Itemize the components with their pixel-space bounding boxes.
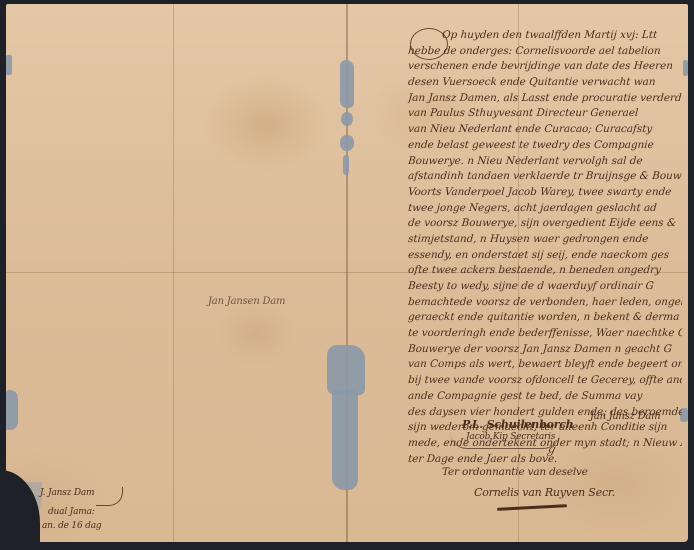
party-signature: Jan Jansz Dam bbox=[590, 411, 660, 422]
docket-endorsement: Jan Jansen Dam bbox=[208, 296, 285, 307]
main-text-block: Op huyden den twaalffden Martij xvj: Ltt… bbox=[408, 28, 682, 467]
text-line: van Comps als wert, bewaert bleyft ende … bbox=[407, 357, 682, 373]
text-line: Voorts Vanderpoel Jacob Warey, twee swar… bbox=[407, 185, 682, 201]
text-line: de voorsz Bouwerye, sijn overgedient Eij… bbox=[407, 216, 682, 232]
text-line: van Paulus Sthuyvesant Directeur Generae… bbox=[407, 106, 682, 122]
text-line: essendy, en onderstaet sij seij, ende na… bbox=[407, 248, 682, 264]
corner-note-line: an. de 16 dag bbox=[42, 521, 101, 531]
paper-loss-hole bbox=[327, 345, 365, 395]
text-line: desen Vuersoeck ende Quitantie verwacht … bbox=[407, 75, 682, 91]
text-line: te voorderingh ende bederffenisse, Waer … bbox=[407, 326, 682, 342]
text-line: Bouwerye. n Nieu Nederlant vervolgh sal … bbox=[407, 154, 682, 170]
fold-line-vertical-left bbox=[173, 4, 174, 542]
notary-paraph-mark: ℊ bbox=[545, 440, 557, 457]
text-line: twee jonge Negers, acht jaerdagen geslac… bbox=[407, 201, 682, 217]
corner-note-line: dual Jama: bbox=[48, 507, 95, 517]
text-line: hebbe de onderges: Cornelisvoorde ael ta… bbox=[407, 44, 682, 60]
text-line: bemachtede voorsz de verbonden, haer led… bbox=[407, 295, 682, 311]
notary-signature: P.L. Schuilenborch bbox=[462, 418, 574, 431]
text-line: Bouwerye der voorsz Jan Jansz Damen n ge… bbox=[407, 342, 682, 358]
secretary-attestation-signature: Cornelis van Ruyven Secr. bbox=[474, 486, 615, 499]
text-line: bij twee vande voorsz ofdoncell te Gecer… bbox=[407, 373, 682, 389]
text-line: ofte twee ackers bestaende, n beneden on… bbox=[407, 263, 682, 279]
paper-loss-hole bbox=[340, 60, 354, 108]
corner-note-line: J. Jansz Dam bbox=[40, 488, 94, 498]
text-line: ande Compagnie gest te bed, de Summa vay bbox=[407, 389, 682, 405]
paper-loss-edge bbox=[6, 390, 18, 430]
signature-flourish bbox=[450, 432, 560, 449]
text-line: Op huyden den twaalffden Martij xvj: Ltt bbox=[407, 28, 682, 44]
attestation-line: Ter ordonnantie van deselve bbox=[442, 466, 588, 478]
text-line: ende belast geweest te twedry des Compag… bbox=[407, 138, 682, 154]
paper-loss-edge bbox=[6, 55, 12, 75]
paper-loss-hole bbox=[341, 112, 353, 126]
text-line: verschenen ende bevrijdinge van date des… bbox=[407, 59, 682, 75]
paper-loss-edge bbox=[683, 60, 688, 76]
text-line: Beesty to wedy, sijne de d waerduyf ordi… bbox=[407, 279, 682, 295]
text-line: Jan Jansz Damen, als Lasst ende procurat… bbox=[407, 91, 682, 107]
text-line: stimjetstand, n Huysen waer gedrongen en… bbox=[407, 232, 682, 248]
text-line: geraeckt ende quitantie worden, n bekent… bbox=[407, 310, 682, 326]
paper-loss-hole bbox=[332, 390, 358, 490]
text-line: van Nieu Nederlant ende Curacao; Curacaf… bbox=[407, 122, 682, 138]
paper-loss-hole bbox=[340, 135, 354, 151]
text-line: afstandinh tandaen verklaerde tr Bruijns… bbox=[407, 169, 682, 185]
paper-loss-hole bbox=[343, 155, 349, 175]
